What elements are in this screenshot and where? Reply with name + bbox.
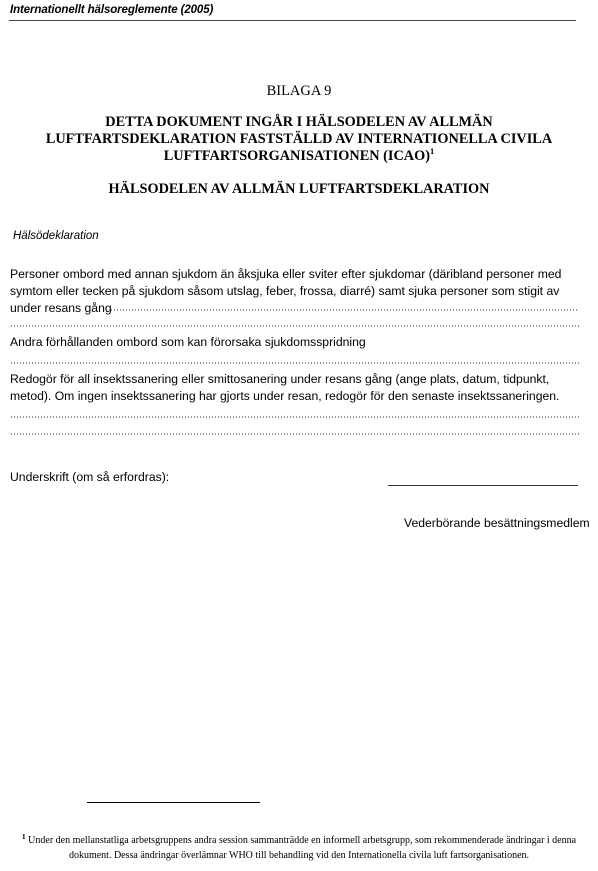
header-rule bbox=[9, 20, 576, 21]
footnote-number: 1 bbox=[22, 832, 26, 841]
answer-field-3a[interactable] bbox=[10, 416, 581, 418]
signature-line[interactable] bbox=[388, 485, 578, 486]
title-line-1: DETTA DOKUMENT INGÅR I HÄLSODELEN AV ALL… bbox=[0, 114, 598, 131]
answer-field-3b[interactable] bbox=[10, 433, 581, 435]
section-label: Hälsödeklaration bbox=[13, 230, 99, 242]
footnote-separator bbox=[87, 802, 260, 803]
title-line-2: LUFTFARTSDEKLARATION FASTSTÄLLD AV INTER… bbox=[0, 131, 598, 148]
answer-field-1-inline[interactable] bbox=[110, 309, 578, 311]
answer-field-2[interactable] bbox=[10, 362, 581, 364]
question-3: Redogör för all insektssanering eller sm… bbox=[10, 371, 585, 405]
footnote-marker: 1 bbox=[430, 146, 434, 156]
document-subtitle: HÄLSODELEN AV ALLMÄN LUFTFARTSDEKLARATIO… bbox=[0, 181, 598, 198]
signature-label: Underskrift (om så erfordras): bbox=[10, 470, 169, 484]
title-line-3: LUFTFARTSORGANISATIONEN (ICAO)1 bbox=[0, 148, 598, 165]
title-line-3-text: LUFTFARTSORGANISATIONEN (ICAO) bbox=[164, 148, 430, 164]
signature-caption: Vederbörande besättningsmedlem bbox=[404, 516, 590, 530]
question-2: Andra förhållanden ombord som kan förors… bbox=[10, 334, 585, 351]
annex-label: BILAGA 9 bbox=[0, 83, 598, 100]
running-header: Internationellt hälsoreglemente (2005) bbox=[10, 4, 213, 16]
footnote: 1 Under den mellanstatliga arbetsgruppen… bbox=[0, 833, 598, 863]
answer-field-1[interactable] bbox=[10, 325, 581, 327]
footnote-text: Under den mellanstatliga arbetsgruppens … bbox=[28, 835, 576, 861]
document-title: DETTA DOKUMENT INGÅR I HÄLSODELEN AV ALL… bbox=[0, 114, 598, 165]
